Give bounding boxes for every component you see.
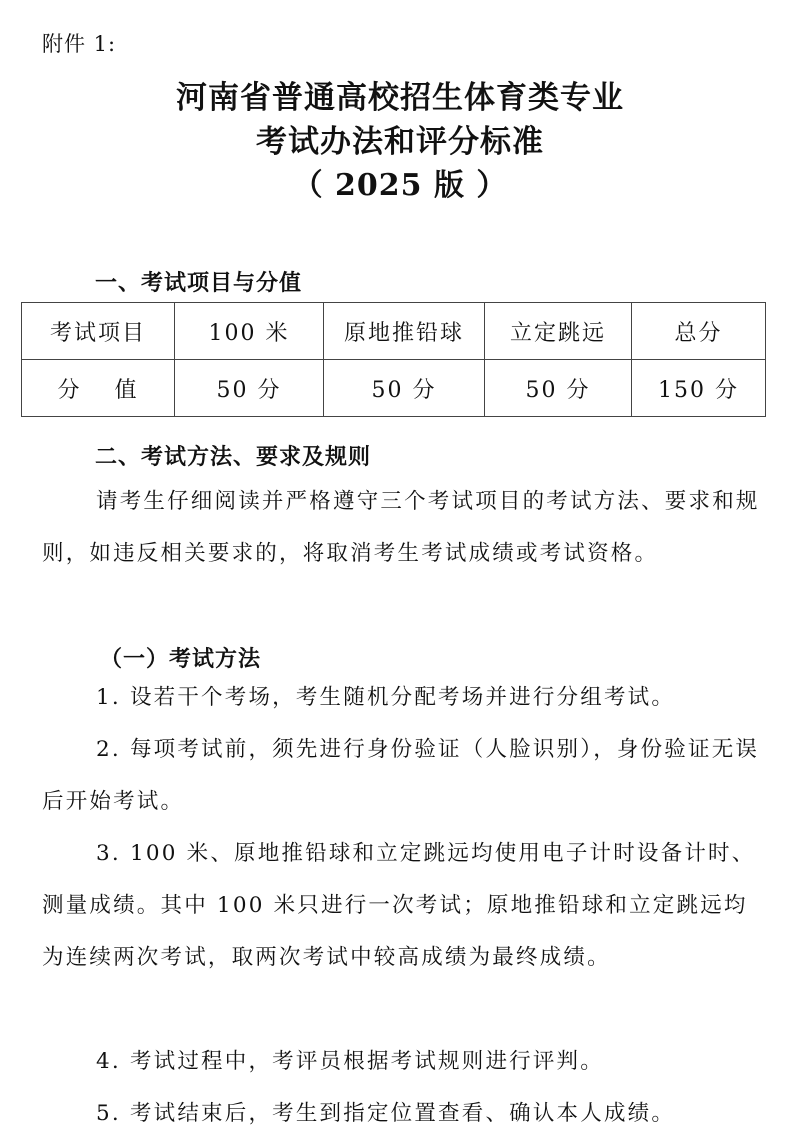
- table-cell: 100 米: [175, 303, 324, 360]
- table-cell: 立定跳远: [485, 303, 632, 360]
- section2-heading: 二、考试方法、要求及规则: [95, 440, 371, 471]
- intro-paragraph: 请考生仔细阅读并严格遵守三个考试项目的考试方法、要求和规则，如违反相关要求的，将…: [42, 476, 762, 580]
- document-title-line2: 考试办法和评分标准: [0, 116, 800, 161]
- document-title-line1: 河南省普通高校招生体育类专业: [0, 72, 800, 117]
- table-cell: 分 值: [22, 360, 175, 417]
- document-title-version: （ 2025 版 ）: [0, 160, 800, 204]
- table-cell: 50 分: [324, 360, 485, 417]
- section1-heading: 一、考试项目与分值: [95, 266, 302, 297]
- list-item: 3. 100 米、原地推铅球和立定跳远均使用电子计时设备计时、测量成绩。其中 1…: [42, 828, 762, 984]
- table-cell: 150 分: [632, 360, 766, 417]
- table-cell: 50 分: [175, 360, 324, 417]
- intro-text: 请考生仔细阅读并严格遵守三个考试项目的考试方法、要求和规则，如违反相关要求的，将…: [42, 489, 760, 566]
- list-item-text: 4. 考试过程中，考评员根据考试规则进行评判。: [96, 1049, 604, 1074]
- attachment-label: 附件 1:: [42, 28, 116, 58]
- table-header-row: 考试项目 100 米 原地推铅球 立定跳远 总分: [22, 303, 766, 360]
- list-item: 1. 设若干个考场，考生随机分配考场并进行分组考试。: [42, 672, 762, 724]
- subsection1-heading: （一）考试方法: [100, 642, 261, 673]
- table-cell: 50 分: [485, 360, 632, 417]
- table-cell: 原地推铅球: [324, 303, 485, 360]
- list-item-text: 3. 100 米、原地推铅球和立定跳远均使用电子计时设备计时、测量成绩。其中 1…: [42, 841, 755, 970]
- table-row: 分 值 50 分 50 分 50 分 150 分: [22, 360, 766, 417]
- list-item: 5. 考试结束后，考生到指定位置查看、确认本人成绩。: [42, 1088, 762, 1140]
- list-item-text: 1. 设若干个考场，考生随机分配考场并进行分组考试。: [96, 685, 675, 710]
- list-item-text: 2. 每项考试前，须先进行身份验证（人脸识别），身份验证无误后开始考试。: [42, 737, 759, 814]
- list-item: 2. 每项考试前，须先进行身份验证（人脸识别），身份验证无误后开始考试。: [42, 724, 762, 828]
- score-table: 考试项目 100 米 原地推铅球 立定跳远 总分 分 值 50 分 50 分 5…: [21, 302, 766, 417]
- list-item: 4. 考试过程中，考评员根据考试规则进行评判。: [42, 1036, 762, 1088]
- table-cell: 总分: [632, 303, 766, 360]
- table-cell: 考试项目: [22, 303, 175, 360]
- list-item-text: 5. 考试结束后，考生到指定位置查看、确认本人成绩。: [96, 1101, 675, 1126]
